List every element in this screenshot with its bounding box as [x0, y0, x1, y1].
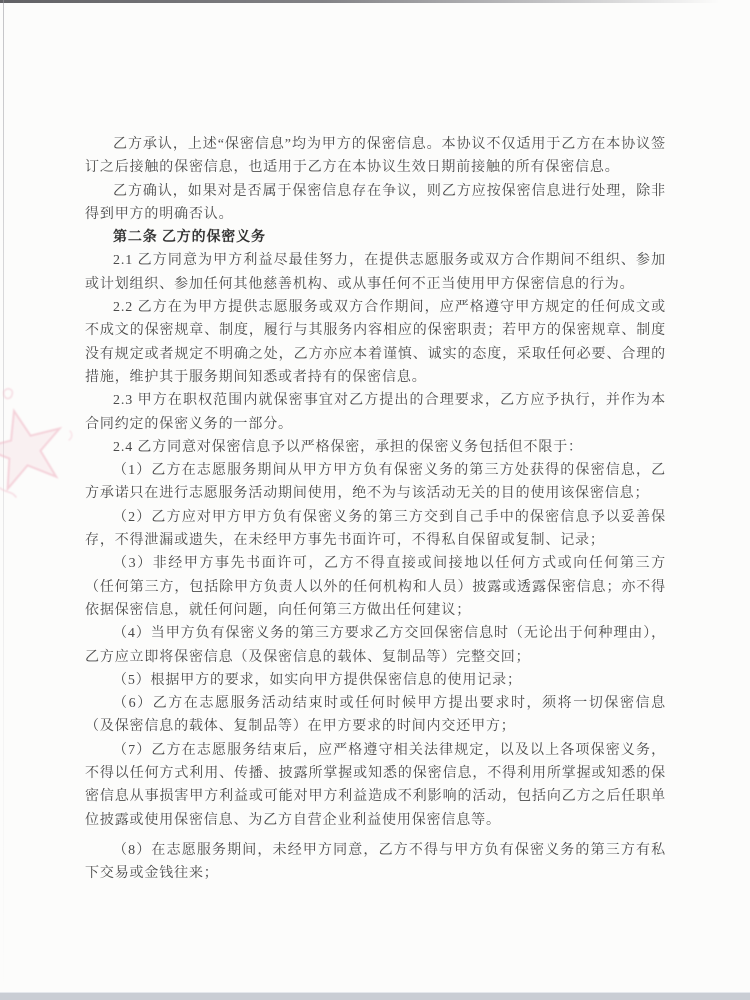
clause-2-4-item-6: （6）乙方在志愿服务活动结束时或任何时候甲方提出要求时，须将一切保密信息（及保密… [85, 692, 666, 739]
clause-2-4-item-2: （2）乙方应对甲方甲方负有保密义务的第三方交到自己手中的保密信息予以妥善保存，不… [85, 506, 666, 553]
clause-2-3: 2.3 甲方在职权范围内就保密事宜对乙方提出的合理要求，乙方应予执行，并作为本合… [85, 389, 666, 436]
clause-2-4-item-1: （1）乙方在志愿服务期间从甲方甲方负有保密义务的第三方处获得的保密信息，乙方承诺… [85, 459, 666, 506]
clause-2-4-item-4: （4）当甲方负有保密义务的第三方要求乙方交回保密信息时（无论出于何种理由），乙方… [85, 622, 666, 669]
scan-edge-bottom [0, 992, 750, 1000]
paragraph-confirmation: 乙方确认，如果对是否属于保密信息存在争议，则乙方应按保密信息进行处理，除非得到甲… [85, 180, 666, 227]
contract-text-block: 乙方承认，上述“保密信息”均为甲方的保密信息。本协议不仅适用于乙方在本协议签订之… [85, 133, 666, 886]
clause-2-4-item-5: （5）根据甲方的要求，如实向甲方提供保密信息的使用记录； [85, 669, 666, 692]
clause-2-4-item-8: （8）在志愿服务期间，未经甲方同意，乙方不得与甲方负有保密义务的第三方有私下交易… [85, 839, 666, 886]
clause-2-2: 2.2 乙方在为甲方提供志愿服务或双方合作期间，应严格遵守甲方规定的任何成文或不… [85, 296, 666, 389]
paragraph-acknowledgement: 乙方承认，上述“保密信息”均为甲方的保密信息。本协议不仅适用于乙方在本协议签订之… [85, 133, 666, 180]
clause-2-4-item-7: （7）乙方在志愿服务结束后，应严格遵守相关法律规定，以及以上各项保密义务，不得以… [85, 739, 666, 832]
section-heading-article-2: 第二条 乙方的保密义务 [85, 226, 666, 249]
clause-2-4: 2.4 乙方同意对保密信息予以严格保密，承担的保密义务包括但不限于： [85, 436, 666, 459]
clause-2-4-item-3: （3）非经甲方事先书面许可，乙方不得直接或间接地以任何方式或向任何第三方（任何第… [85, 552, 666, 622]
scanned-page: 乙方承认，上述“保密信息”均为甲方的保密信息。本协议不仅适用于乙方在本协议签订之… [0, 0, 750, 1000]
scan-edge-top [0, 0, 720, 3]
clause-2-1: 2.1 乙方同意为甲方利益尽最佳努力，在提供志愿服务或双方合作期间不组织、参加或… [85, 249, 666, 296]
